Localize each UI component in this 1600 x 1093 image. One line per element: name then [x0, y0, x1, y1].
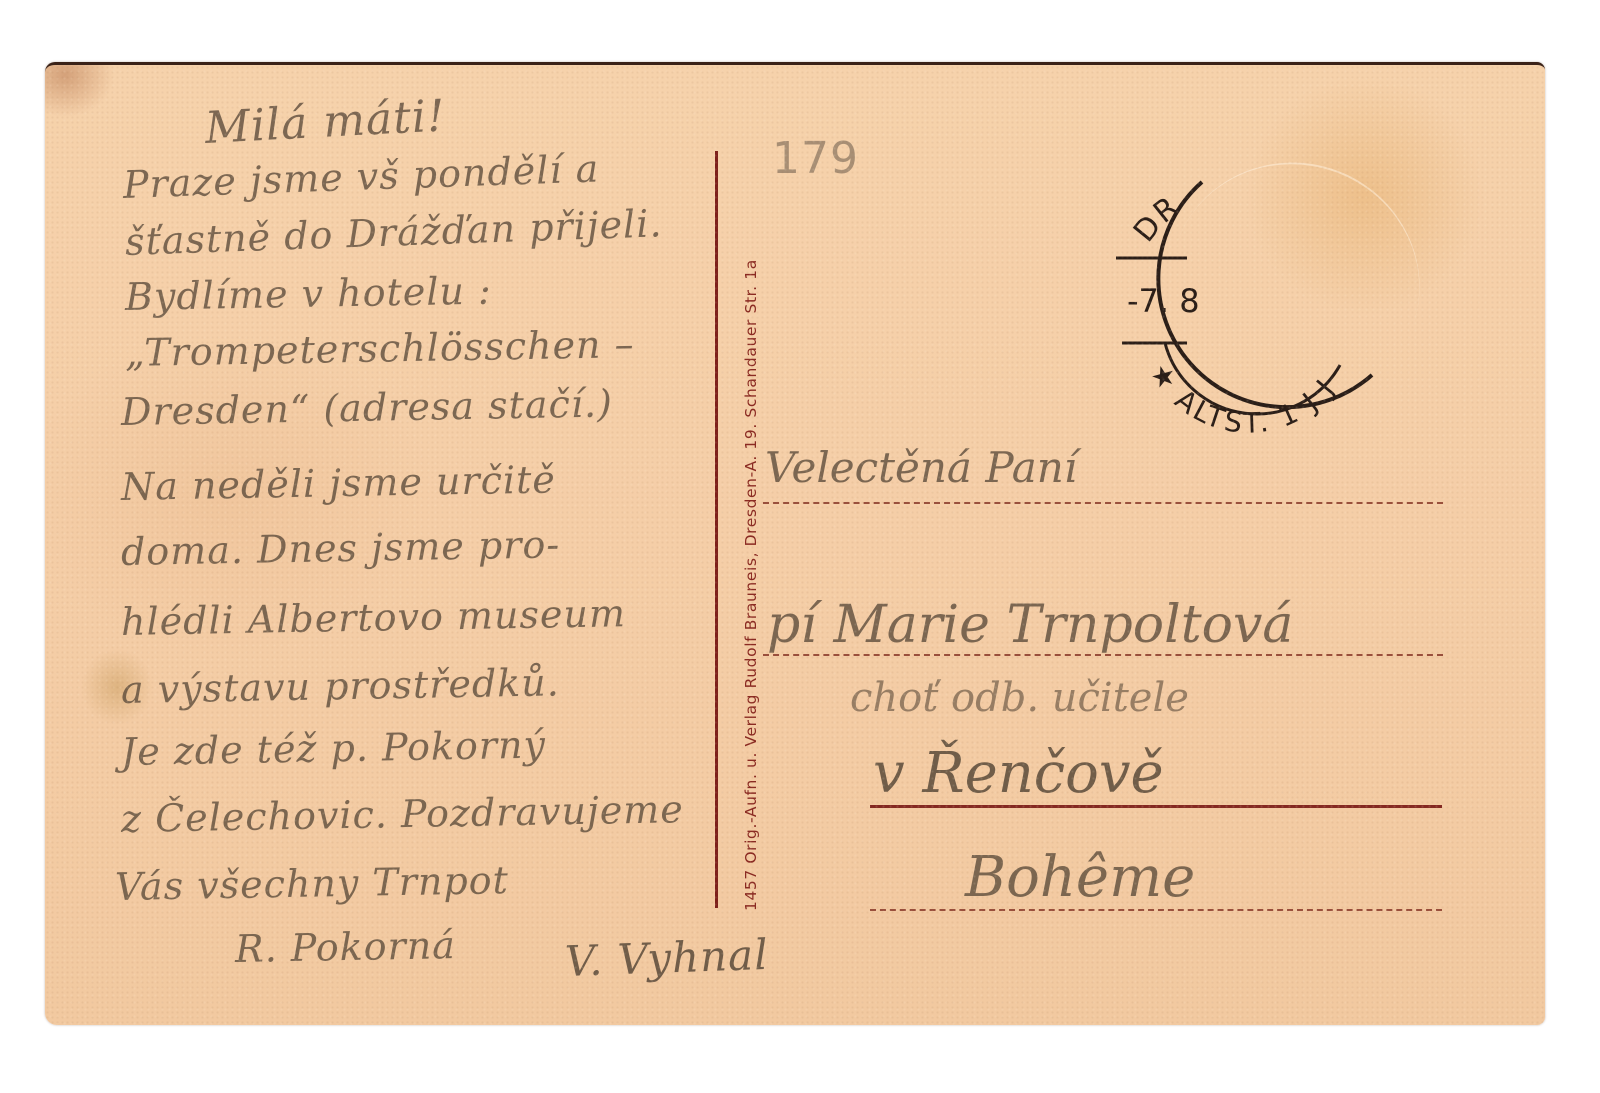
message-line: šťastně do Drážďan přijeli. — [124, 201, 663, 264]
message-line: a výstavu prostředků. — [121, 660, 561, 712]
message-line: Vás všechny Trnpot — [115, 858, 510, 909]
address-line-1 — [763, 502, 1443, 504]
message-line: Dresden“ (adresa stačí.) — [121, 381, 614, 434]
signature-vyhnal: V. Vyhnal — [564, 930, 769, 986]
message-line: Je zde též p. Pokorný — [121, 723, 547, 774]
message-line: doma. Dnes jsme pro- — [121, 522, 561, 574]
message-line: hlédli Albertovo museum — [121, 591, 627, 644]
address-salutation: Velectěná Paní — [765, 443, 1077, 492]
message-line: Bydlíme v hotelu : — [125, 269, 493, 319]
publisher-imprint: 1457 Orig.-Aufn. u. Verlag Rudolf Braune… — [742, 259, 760, 911]
svg-text:DR: DR — [1127, 189, 1187, 249]
postmark: DR -7. 8 ★ ALTST. 1 J J — [1102, 160, 1382, 440]
divider-line — [715, 151, 718, 908]
message-line: z Čelechovic. Pozdravujeme — [121, 787, 684, 841]
postmark-icon: DR -7. 8 ★ ALTST. 1 J J — [1102, 160, 1382, 440]
archive-number: 179 — [772, 133, 859, 184]
message-line: Na neděli jsme určitě — [121, 457, 557, 509]
address-town: v Řenčově — [873, 741, 1164, 806]
message-line: Praze jsme vš pondělí a — [122, 146, 600, 207]
address-occupation: choť odb. učitele — [850, 675, 1189, 721]
message-greeting: Milá máti! — [204, 90, 447, 154]
message-line: „Trompeterschlösschen – — [125, 322, 635, 375]
signature-pokorna: R. Pokorná — [235, 923, 457, 971]
address-recipient: pí Marie Trnpoltová — [767, 595, 1293, 655]
postcard: Milá máti! Praze jsme vš pondělí a šťast… — [45, 62, 1545, 1025]
postmark-date: -7. 8 — [1127, 282, 1200, 320]
address-country: Bohême — [965, 845, 1195, 910]
